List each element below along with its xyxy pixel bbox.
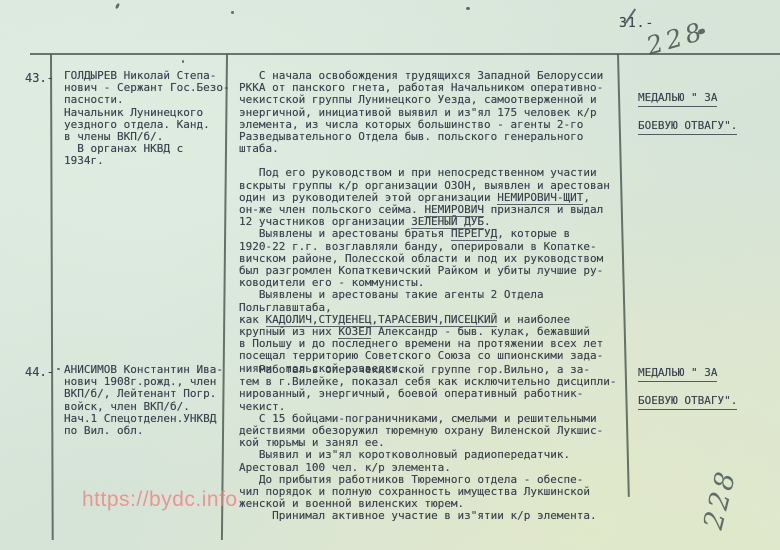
description-paragraph: До прибытия работников Тюремного отдела … (239, 474, 641, 511)
entry-number: 44.- (25, 366, 54, 378)
handwritten-page-number-bottom: 228 (698, 466, 743, 532)
entry-award: МЕДАЛЬЮ " ЗАБОЕВУЮ ОТВАГУ". (638, 364, 778, 423)
award-line: МЕДАЛЬЮ " ЗА (638, 367, 778, 379)
table-column-line-left (50, 54, 54, 540)
scanned-document-page: 31.- 228 43.- ГОЛДЫРЕВ Николай Степа- но… (0, 0, 780, 550)
description-paragraph: Под его руководством и при непосредствен… (239, 167, 641, 228)
entry-name: ГОЛДЫРЕВ Николай Степа- нович - Сержант … (64, 70, 234, 168)
watermark-link-text: https://bydc.info (82, 488, 238, 512)
ink-speck (182, 60, 184, 63)
description-paragraph: Работая в опер.чекистской группе гор.Вил… (239, 364, 641, 413)
ink-speck (231, 11, 234, 14)
entry-description: Работая в опер.чекистской группе гор.Вил… (239, 364, 641, 523)
award-line: БОЕВУЮ ОТВАГУ". (638, 395, 778, 407)
ink-speck (115, 3, 120, 10)
entry-description: С начала освобождения трудящихся Западно… (239, 70, 641, 375)
award-line: БОЕВУЮ ОТВАГУ". (638, 120, 778, 132)
description-paragraph: С 15 бойцами-пограничниками, смелыми и р… (239, 413, 641, 450)
entry-number: 43.- (25, 72, 54, 84)
award-line: МЕДАЛЬЮ " ЗА (638, 92, 778, 104)
ink-speck (57, 368, 60, 370)
description-paragraph: Принимал активное участие в из"ятии к/р … (239, 510, 641, 522)
description-paragraph: С начала освобождения трудящихся Западно… (239, 70, 641, 155)
description-paragraph: Выявил и из"ял коротковолновый радиопере… (239, 449, 641, 473)
description-paragraph: Выявлены и арестованы братья ПЕРЕГУД, ко… (239, 228, 641, 289)
entry-award: МЕДАЛЬЮ " ЗАБОЕВУЮ ОТВАГУ". (638, 70, 778, 148)
entry-name: АНИСИМОВ Константин Ива- нович 1908г.рож… (64, 364, 234, 437)
typed-page-number: 31.- (619, 18, 654, 30)
ink-speck (466, 7, 470, 10)
